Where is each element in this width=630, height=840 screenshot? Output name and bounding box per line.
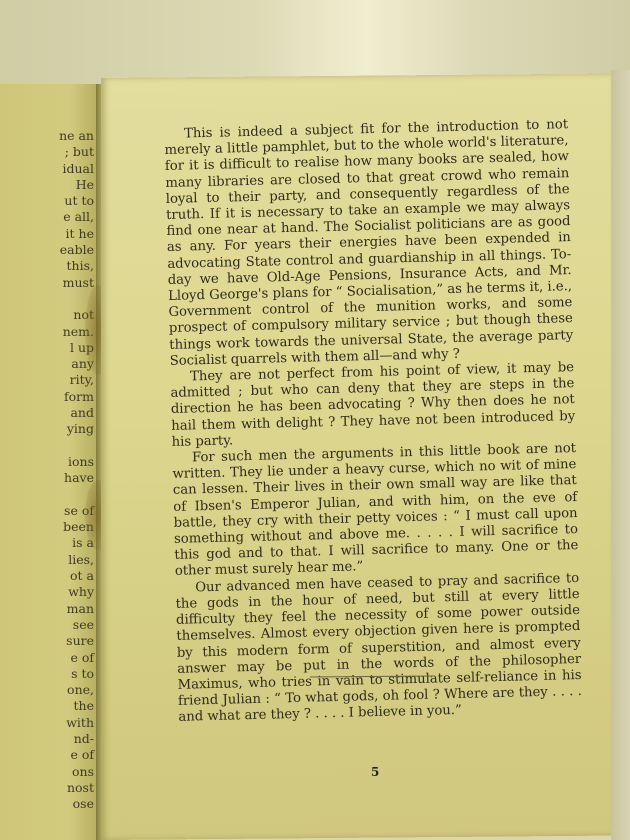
paragraph: They are not perfect from his point of v… (170, 360, 576, 451)
body-text: This is indeed a subject fit for the int… (164, 117, 583, 726)
left-page-text-fragments: ne an ; but idual He ut to e all, it he … (59, 128, 94, 812)
page-number: 5 (371, 765, 379, 779)
paragraph: This is indeed a subject fit for the int… (164, 117, 574, 370)
background-edge (611, 70, 630, 840)
paragraph: For such men the arguments in this littl… (172, 441, 579, 580)
left-page: ne an ; but idual He ut to e all, it he … (0, 84, 100, 840)
paragraph: Our advanced men have ceased to pray and… (175, 571, 582, 727)
